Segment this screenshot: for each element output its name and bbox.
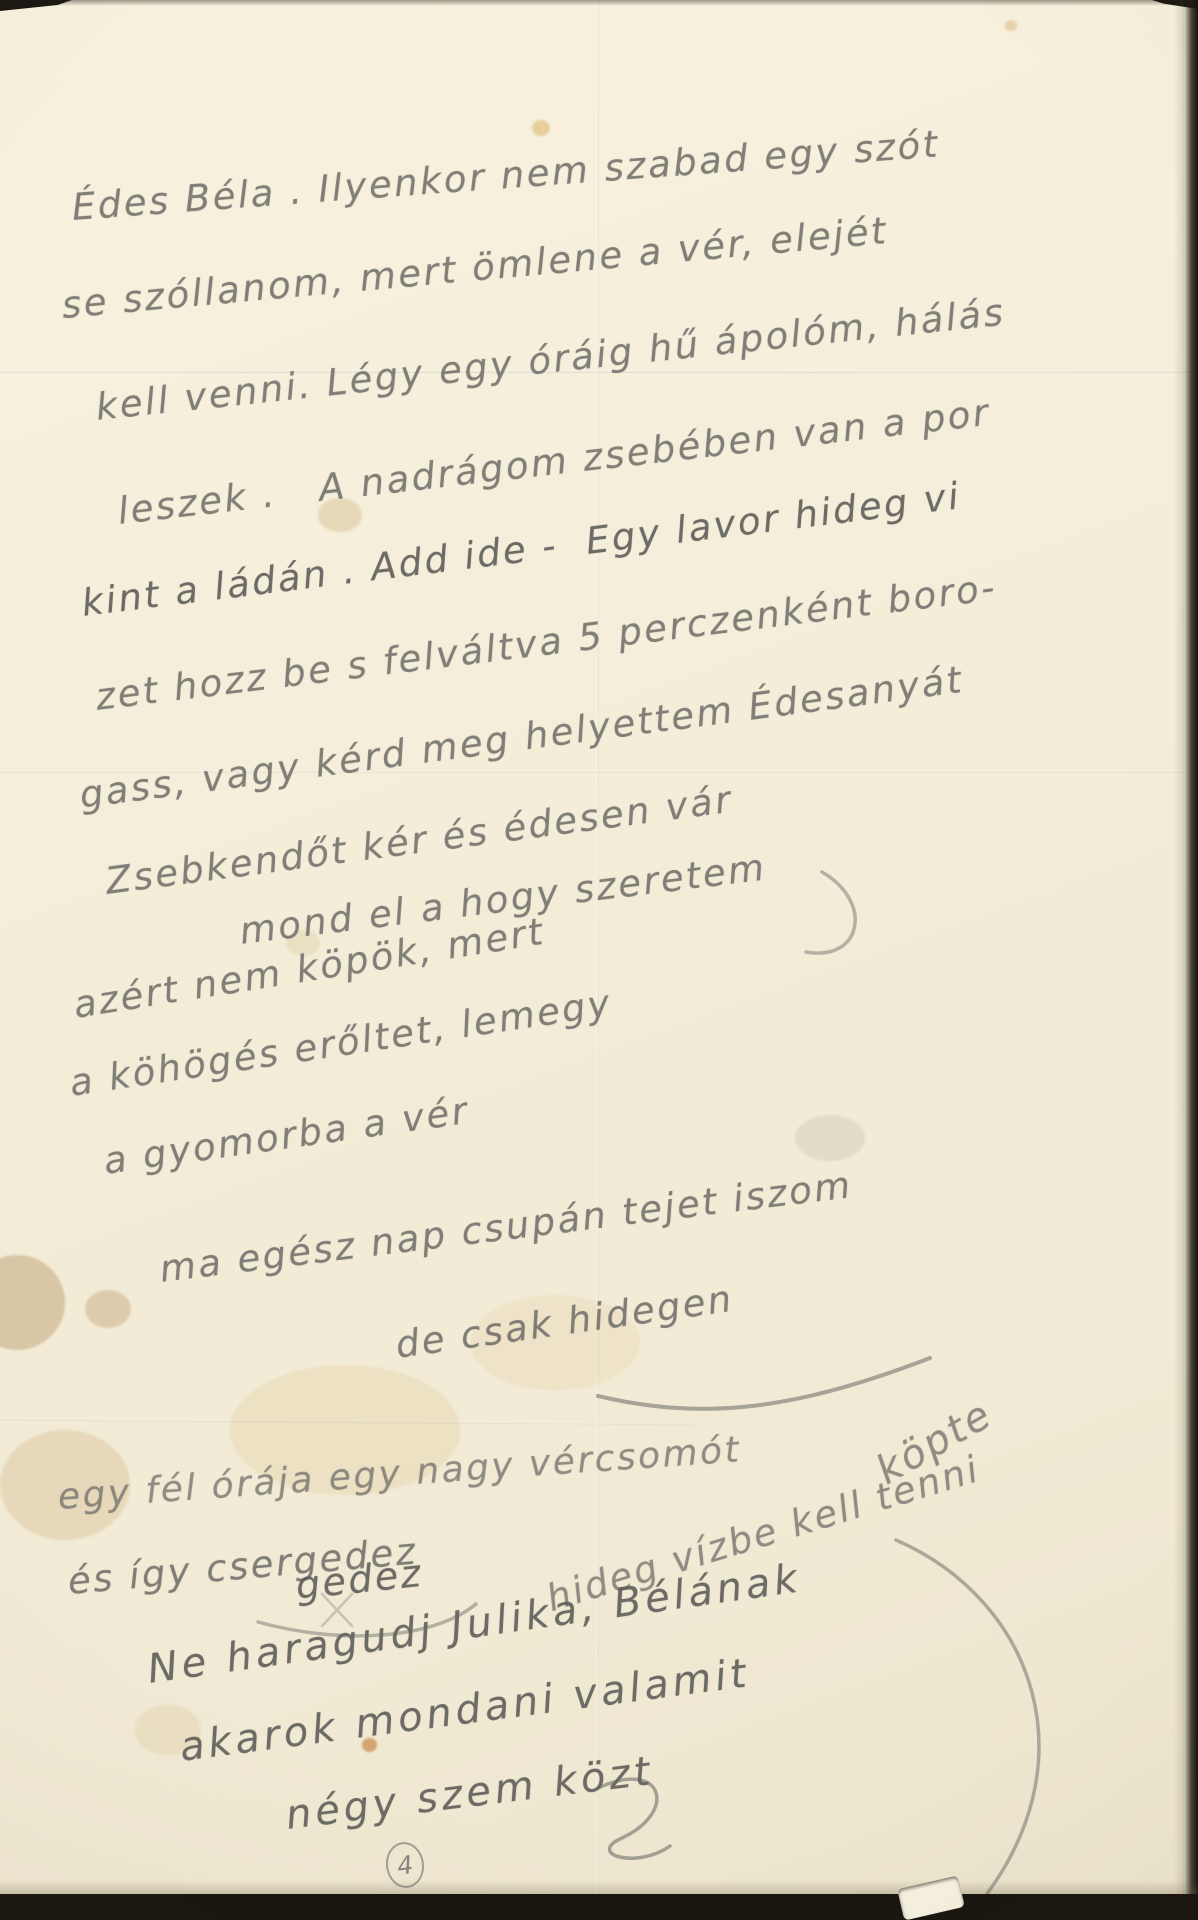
letter-line-2: se szóllanom, mert ömlene a vér, elejét	[60, 211, 890, 327]
foxing-stain	[532, 120, 550, 136]
letter-line-1: Édes Béla . Ilyenkor nem szabad egy szót	[71, 124, 942, 228]
scan-edge-bottom	[0, 1894, 1198, 1920]
fold-crease-horizontal-3	[0, 1418, 695, 1426]
fold-crease-vertical	[596, 0, 599, 1920]
letter-line-21: négy szem közt	[283, 1749, 656, 1838]
pencil-smudge	[795, 1115, 865, 1161]
foxing-stain	[85, 1290, 131, 1328]
letter-page-scan: Édes Béla . Ilyenkor nem szabad egy szót…	[0, 0, 1198, 1920]
foxing-stain	[1005, 20, 1017, 31]
letter-line-13: ma egész nap csupán tejet iszom	[158, 1165, 855, 1290]
descender-loop	[806, 872, 855, 953]
letter-line-15: egy fél órája egy nagy vércsomót	[57, 1430, 743, 1517]
foxing-stain	[0, 1255, 65, 1350]
letter-line-12: a gyomorba a vér	[101, 1091, 472, 1183]
hidegen-underline	[598, 1358, 930, 1409]
letter-line-14: de csak hidegen	[393, 1279, 736, 1367]
scan-edge-right	[1183, 0, 1198, 1920]
scan-edge-top	[0, 0, 1198, 6]
letter-line-17-overwrite: gedez	[294, 1553, 425, 1608]
large-pencil-arc	[896, 1540, 1039, 1908]
